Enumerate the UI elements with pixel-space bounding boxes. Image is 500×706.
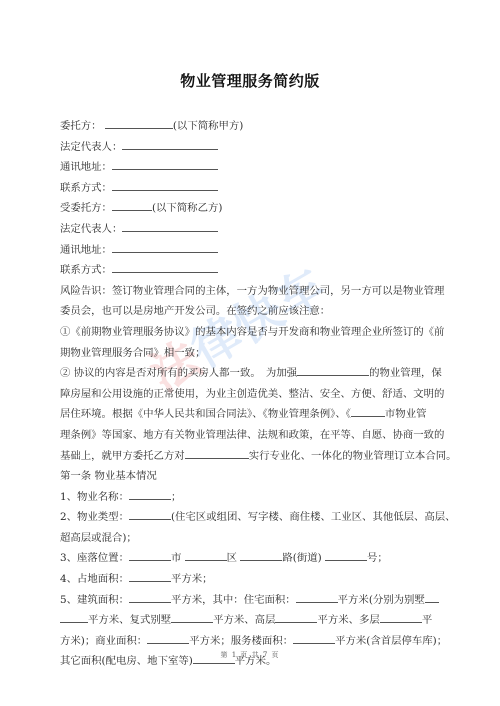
risk-notice-line: ② 协议的内容是否对所有的买房人都一致。 为加强的物业管理，保 — [60, 363, 455, 384]
article-item: 1、物业名称：； — [60, 487, 455, 508]
party-b-address-line: 通讯地址： — [60, 240, 455, 261]
party-a-address-line: 通讯地址： — [60, 157, 455, 178]
party-a-contact-line: 联系方式： — [60, 178, 455, 199]
document-title: 物业管理服务简约版 — [0, 70, 500, 91]
risk-notice-line: 风险告识：签订物业管理合同的主体，一方为物业管理公司，另一方可以是物业管理 — [60, 281, 455, 302]
article-item: 3、座落位置：市 区 路(街道) 号； — [60, 548, 455, 569]
risk-notice-line: 理条例》等国家、地方有关物业管理法律、法规和政策，在平等、自愿、协商一致的 — [60, 425, 455, 446]
article-item: 5、建筑面积：平方米，其中：住宅面积：平方米(分别为别墅 — [60, 590, 455, 611]
risk-notice-line: 居住环境。根据《中华人民共和国合同法》、《物业管理条例》、《市物业管 — [60, 404, 455, 425]
article-item: 超高层或混合)； — [60, 528, 455, 549]
article-item: 平方米、复式别墅平方米、高层平方米、多层平 — [60, 610, 455, 631]
page-footer: 第 1 页 共 7 页 — [0, 650, 500, 660]
risk-notice-line: 委员会，也可以是房地产开发公司。在签约之前应该注意： — [60, 301, 455, 322]
party-a-blank — [105, 116, 173, 129]
article-item: 2、物业类型：(住宅区或组团、写字楼、商住楼、工业区、其他低层、高层、 — [60, 507, 455, 528]
risk-notice-line: 基础上，就甲方委托乙方对实行专业化、一体化的物业管理订立本合同。 — [60, 446, 455, 467]
party-a-line: 委托方： (以下简称甲方) — [60, 116, 455, 137]
article-item: 方米)；商业面积：平方米；服务楼面积：平方米(含首层停车库)； — [60, 631, 455, 652]
document-body: 委托方： (以下简称甲方) 法定代表人： 通讯地址： 联系方式： 受委托方：(以… — [60, 116, 455, 672]
party-b-contact-line: 联系方式： — [60, 260, 455, 281]
party-b-rep-line: 法定代表人： — [60, 219, 455, 240]
article-heading: 第一条 物业基本情况 — [60, 466, 455, 487]
risk-notice-line: ①《前期物业管理服务协议》的基本内容是否与开发商和物业管理企业所签订的《前 — [60, 322, 455, 343]
risk-notice-line: 期物业管理服务合同》相一致； — [60, 343, 455, 364]
article-item: 4、占地面积：平方米； — [60, 569, 455, 590]
party-b-line: 受委托方：(以下简称乙方) — [60, 198, 455, 219]
party-a-rep-line: 法定代表人： — [60, 137, 455, 158]
risk-notice-line: 障房屋和公用设施的正常使用，为业主创造优美、整洁、安全、方便、舒适、文明的 — [60, 384, 455, 405]
